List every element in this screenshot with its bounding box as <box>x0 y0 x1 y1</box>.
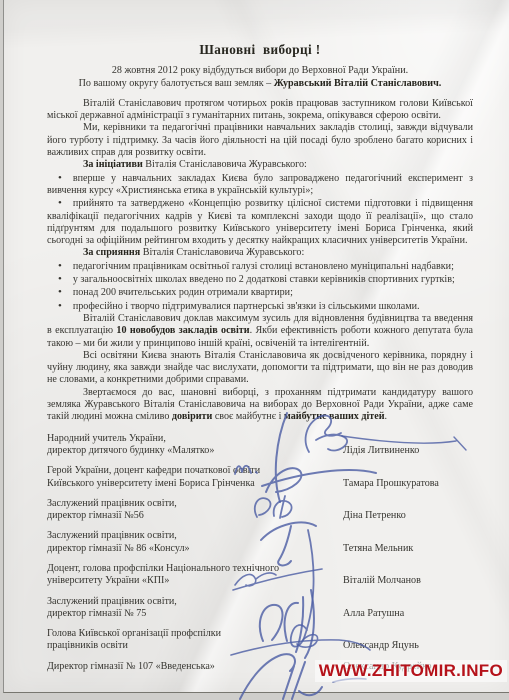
paper-sheet: Шановні виборці ! 28 жовтня 2012 року ві… <box>3 0 509 693</box>
signatory-name: Діна Петренко <box>343 510 406 522</box>
signatory-row: Доцент, голова профспілки Національного … <box>47 563 473 588</box>
signatory-name: Лідія Литвиненко <box>343 445 419 457</box>
signatory-name: Віталій Молчанов <box>343 575 421 587</box>
candidate-line-text: По вашому округу балотується ваш земляк … <box>79 78 274 89</box>
signatory-title: Заслужений працівник освіти, <box>47 498 473 510</box>
list-item: вперше у навчальних закладах Києва було … <box>47 172 473 198</box>
signatories-section: Народний учитель України, директор дитяч… <box>47 433 473 673</box>
list-item: педагогічним працівникам освітньої галуз… <box>47 260 473 273</box>
paragraph-support: Ми, керівники та педагогічні працівники … <box>47 122 473 159</box>
signatory-title: Доцент, голова профспілки Національного … <box>47 563 473 575</box>
initiative-rest: Віталія Станіславовича Журавського: <box>143 159 307 170</box>
assistance-heading: За сприяння Віталія Станіславовича Журав… <box>47 247 473 259</box>
initiative-list: вперше у навчальних закладах Києва було … <box>47 172 473 248</box>
initiative-lead: За ініціативи <box>83 159 143 170</box>
list-item: професійно і творчо підтримувалися партн… <box>47 300 473 313</box>
signatory-title: Заслужений працівник освіти, <box>47 530 473 542</box>
signatory-name: Алла Ратушна <box>343 608 404 620</box>
appeal-suffix: . <box>385 411 388 422</box>
construction-bold: 10 новобудов закладів освіти <box>116 325 249 336</box>
signatory-row: Заслужений працівник освіти, директор гі… <box>47 498 473 523</box>
signatory-row: Герой України, доцент кафедри початкової… <box>47 465 473 490</box>
signatory-row: Голова Київської організації профспілки … <box>47 628 473 653</box>
candidate-name: Журавський Віталій Станіславович. <box>274 78 442 89</box>
appeal-bold-2: майбутнє ваших дітей <box>284 411 385 422</box>
watermark: WWW.ZHITOMIR.INFO <box>315 660 507 682</box>
signatory-title: директор гімназії №56 <box>47 510 473 522</box>
assistance-lead: За сприяння <box>83 247 140 258</box>
page-title: Шановні виборці ! <box>47 44 473 56</box>
signatory-row: Народний учитель України, директор дитяч… <box>47 433 473 458</box>
paragraph-reputation: Всі освітяни Києва знають Віталія Станіс… <box>47 350 473 387</box>
election-date-line: 28 жовтня 2012 року відбудуться вибори д… <box>47 65 473 77</box>
signatory-title: директор гімназії № 75 <box>47 608 473 620</box>
signatory-title: Голова Київської організації профспілки <box>47 628 473 640</box>
scanned-document: Шановні виборці ! 28 жовтня 2012 року ві… <box>0 0 509 700</box>
assistance-list: педагогічним працівникам освітньої галуз… <box>47 260 473 313</box>
assistance-rest: Віталія Станіславовича Журавського: <box>140 247 304 258</box>
paragraph-construction: Віталій Станіславович доклав максимум зу… <box>47 313 473 350</box>
signatory-name: Тамара Прошкуратова <box>343 478 439 490</box>
list-item: у загальноосвітніх школах введено по 2 д… <box>47 273 473 286</box>
candidate-line: По вашому округу балотується ваш земляк … <box>47 78 473 90</box>
signatory-row: Заслужений працівник освіти, директор гі… <box>47 596 473 621</box>
signatory-title: Герой України, доцент кафедри початкової… <box>47 465 473 477</box>
signatory-row: Заслужений працівник освіти, директор гі… <box>47 530 473 555</box>
paragraph-career: Віталій Станіславович протягом чотирьох … <box>47 98 473 123</box>
signatory-name: Тетяна Мельник <box>343 543 413 555</box>
letter-content: Шановні виборці ! 28 жовтня 2012 року ві… <box>4 0 509 692</box>
list-item: понад 200 вчительських родин отримали кв… <box>47 286 473 299</box>
list-item: прийнято та затверджено «Концепцію розви… <box>47 197 473 247</box>
signatory-title: Заслужений працівник освіти, <box>47 596 473 608</box>
appeal-mid: своє майбутнє і <box>212 411 284 422</box>
signatory-title: Народний учитель України, <box>47 433 473 445</box>
appeal-bold-1: довірити <box>172 411 212 422</box>
initiative-heading: За ініціативи Віталія Станіславовича Жур… <box>47 159 473 171</box>
signatory-name: Олександр Яцунь <box>343 640 419 652</box>
paragraph-appeal: Звертаємося до вас, шановні виборці, з п… <box>47 387 473 424</box>
